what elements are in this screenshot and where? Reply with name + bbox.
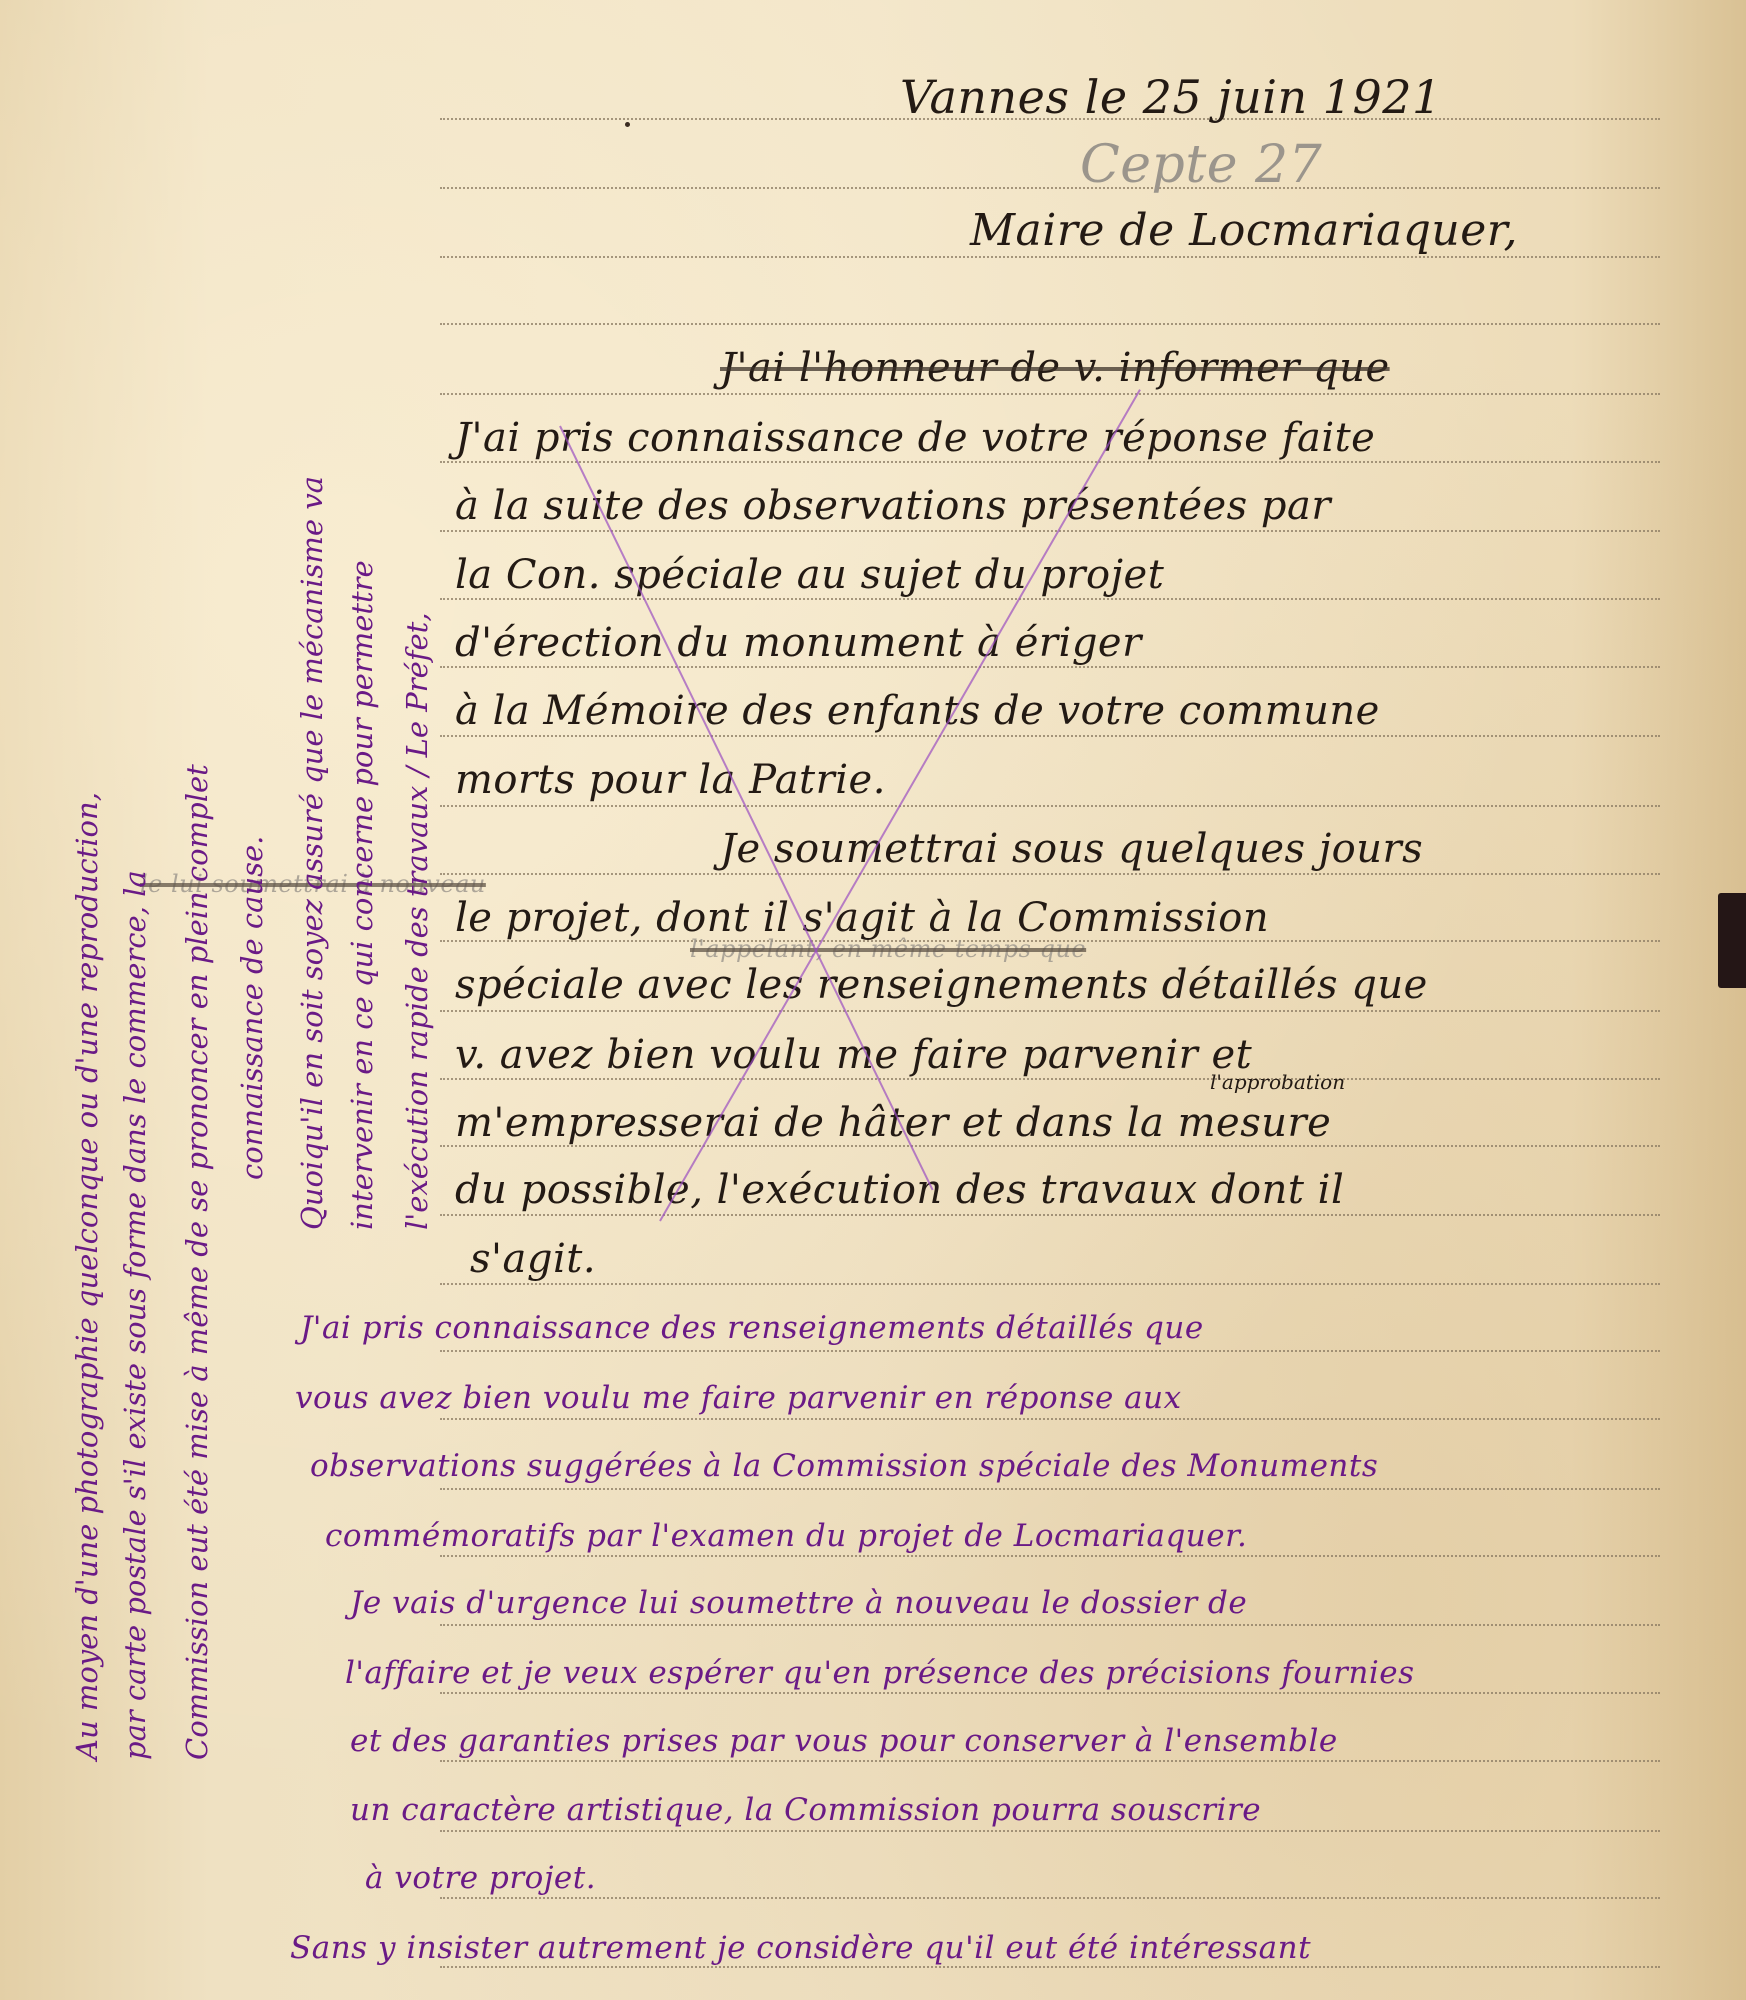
binder-tab [1718, 893, 1746, 988]
reply-line: observations suggérées à la Commission s… [310, 1448, 1378, 1484]
letter-line: à la suite des observations présentées p… [455, 483, 1331, 529]
reply-line: l'affaire et je veux espérer qu'en prése… [345, 1655, 1415, 1691]
reply-line: commémoratifs par l'examen du projet de … [325, 1518, 1247, 1554]
ruled-line [440, 598, 1660, 600]
reply-line: à votre projet. [365, 1860, 596, 1896]
letter-line: la Con. spéciale au sujet du projet [455, 552, 1164, 598]
ruled-line [440, 735, 1660, 737]
letter-line: J'ai pris connaissance de votre réponse … [455, 415, 1375, 461]
ruled-line [440, 1555, 1660, 1557]
ink-dot [625, 122, 630, 127]
ruled-line [440, 873, 1660, 875]
reply-line: J'ai pris connaissance des renseignement… [300, 1310, 1204, 1346]
letter-line: Je soumettrai sous quelques jours [720, 826, 1423, 872]
struck-opening: J'ai l'honneur de v. informer que [720, 345, 1390, 391]
ruled-line [440, 1760, 1660, 1762]
ruled-line [440, 805, 1660, 807]
margin-note-column: par carte postale s'il existe sous forme… [118, 870, 152, 1760]
margin-note-column: Quoiqu'il en soit soyez assuré que le mé… [295, 476, 329, 1230]
letter-line: v. avez bien voulu me faire parvenir et [455, 1032, 1252, 1078]
ruled-line [440, 1078, 1660, 1080]
letter-line: morts pour la Patrie. [455, 757, 886, 803]
reply-line: et des garanties prises par vous pour co… [350, 1723, 1338, 1759]
ruled-line [440, 1350, 1660, 1352]
ruled-line [440, 666, 1660, 668]
ruled-line [440, 1897, 1660, 1899]
reply-line: Je vais d'urgence lui soumettre à nouvea… [350, 1585, 1247, 1621]
ruled-line [440, 1488, 1660, 1490]
letter-line: à la Mémoire des enfants de votre commun… [455, 688, 1380, 734]
ruled-line [440, 1010, 1660, 1012]
reply-line: un caractère artistique, la Commission p… [350, 1792, 1261, 1828]
letter-line: spéciale avec les renseignements détaill… [455, 962, 1428, 1008]
ruled-line [440, 1830, 1660, 1832]
letter-page: Vannes le 25 juin 1921 Cepte 27 Maire de… [0, 0, 1746, 2000]
margin-note-column: Au moyen d'une photographie quelconque o… [70, 792, 104, 1760]
ruled-line [440, 1418, 1660, 1420]
letter-line: s'agit. [470, 1236, 596, 1282]
pencil-strikeout: l'appelant, en même temps que [690, 935, 1086, 963]
margin-note-column: intervenir en ce qui concerne pour perme… [345, 560, 379, 1230]
ruled-line [440, 461, 1660, 463]
ruled-line [440, 1692, 1660, 1694]
reply-line: Sans y insister autrement je considère q… [290, 1930, 1311, 1966]
reply-line: vous avez bien voulu me faire parvenir e… [295, 1380, 1182, 1416]
ruled-line [440, 1624, 1660, 1626]
place-date: Vannes le 25 juin 1921 [900, 70, 1442, 124]
margin-note-column: l'exécution rapide des travaux / Le Préf… [400, 612, 434, 1230]
ruled-line [440, 256, 1660, 258]
margin-note-column: Commission eut été mise à même de se pro… [180, 764, 214, 1760]
letter-line: d'érection du monument à ériger [455, 620, 1142, 666]
margin-note-column: connaissance de cause. [235, 836, 269, 1180]
ruled-line [440, 323, 1660, 325]
ruled-line [440, 1283, 1660, 1285]
ruled-line [440, 530, 1660, 532]
interlinear-insert: l'approbation [1210, 1070, 1345, 1094]
ruled-line [440, 393, 1660, 395]
ruled-line [440, 1966, 1660, 1968]
ruled-line [440, 187, 1660, 189]
ruled-line [440, 1214, 1660, 1216]
pencil-reference: Cepte 27 [1080, 135, 1322, 195]
addressee: Maire de Locmariaquer, [970, 205, 1518, 256]
letter-line: du possible, l'exécution des travaux don… [455, 1167, 1344, 1213]
